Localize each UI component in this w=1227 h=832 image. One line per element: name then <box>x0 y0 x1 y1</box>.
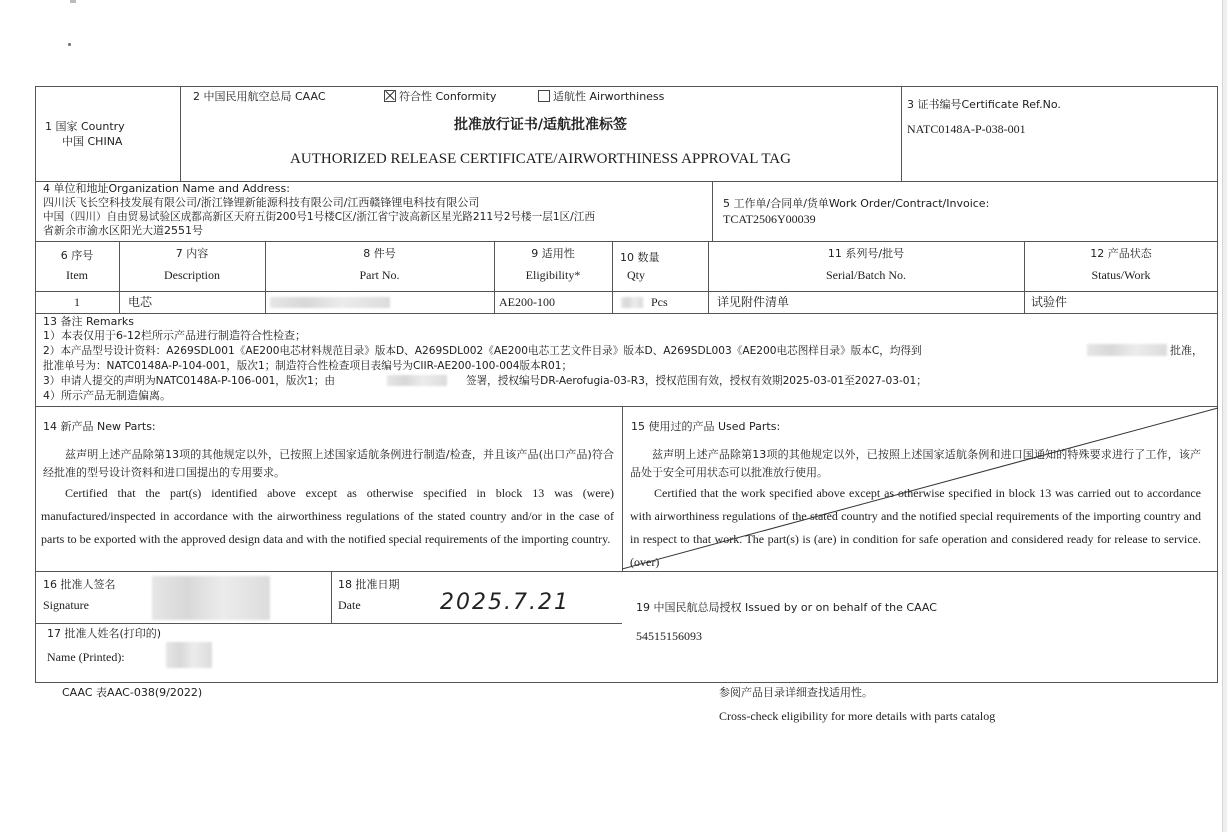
header-qty-en: Qty <box>627 268 645 282</box>
organization-address-line2: 省新余市渝水区阳光大道2551号 <box>43 224 203 238</box>
header-description-en: Description <box>119 268 265 282</box>
authority-label: 2 中国民用航空总局 CAAC <box>193 90 326 104</box>
organization-label: 4 单位和地址Organization Name and Address: <box>43 182 290 196</box>
form-number: CAAC 表AAC-038(9/2022) <box>62 686 202 700</box>
checkbox-checked-icon[interactable] <box>384 90 396 102</box>
signature-label-cn: 16 批准人签名 <box>43 578 116 592</box>
header-item-en: Item <box>35 268 119 282</box>
remark-2-tail: 批准， <box>1170 344 1203 358</box>
header-eligibility-en: Eligibility* <box>494 268 612 282</box>
divider <box>331 571 332 623</box>
scan-dot <box>68 43 71 46</box>
signature-label-en: Signature <box>43 598 89 612</box>
certificate-ref-value: NATC0148A-P-038-001 <box>907 122 1026 136</box>
header-status-cn: 12 产品状态 <box>1024 247 1218 261</box>
signer-redacted <box>387 375 447 386</box>
divider <box>35 313 1218 314</box>
country-label: 1 国家 Country <box>45 120 125 134</box>
country-value: 中国 CHINA <box>62 135 122 149</box>
header-qty-cn: 10 数量 <box>620 251 660 265</box>
issuing-authority-number: 54515156093 <box>636 629 702 643</box>
divider <box>901 86 902 181</box>
cross-out-line <box>622 406 1218 571</box>
header-status-en: Status/Work <box>1024 268 1218 282</box>
item-description: 电芯 <box>128 295 152 309</box>
printed-name-redacted <box>166 642 212 668</box>
divider <box>35 241 1218 242</box>
divider <box>712 181 713 241</box>
remark-3: 3）申请人提交的声明为NATC0148A-P-106-001，版次1；由 <box>43 374 335 388</box>
remark-2: 2）本产品型号设计资料：A269SDL001《AE200电芯材料规范目录》版本D… <box>43 344 922 358</box>
signature-redacted <box>152 576 270 620</box>
conformity-label: 符合性 Conformity <box>399 90 496 103</box>
part-no-redacted <box>270 297 390 308</box>
printed-name-label-cn: 17 批准人姓名(打印的) <box>47 627 161 641</box>
new-parts-statement: 兹声明上述产品除第13项的其他规定以外，已按照上述国家适航条例进行制造/检查，并… <box>43 446 614 551</box>
remark-1: 1）本表仅用于6-12栏所示产品进行制造符合性检查； <box>43 329 306 343</box>
eligibility-note-en: Cross-check eligibility for more details… <box>719 709 995 723</box>
work-order-label: 5 工作单/合同单/货单Work Order/Contract/Invoice: <box>723 197 989 211</box>
issuing-authority-label: 19 中国民航总局授权 Issued by or on behalf of th… <box>636 601 937 615</box>
page-edge <box>1222 0 1227 832</box>
remark-3-tail: 签署，授权编号DR-Aerofugia-03-R3，授权范围有效，授权有效期20… <box>466 374 927 388</box>
remark-4: 4）所示产品无制造偏离。 <box>43 389 171 403</box>
work-order-value: TCAT2506Y00039 <box>723 212 816 226</box>
item-number: 1 <box>35 295 119 309</box>
header-description-cn: 7 内容 <box>119 247 265 261</box>
title-cn: 批准放行证书/适航批准标签 <box>180 118 901 132</box>
title-en: AUTHORIZED RELEASE CERTIFICATE/AIRWORTHI… <box>180 151 901 168</box>
item-eligibility: AE200-100 <box>499 295 555 309</box>
checkbox-empty-icon[interactable] <box>538 90 550 102</box>
header-serial-cn: 11 系列号/批号 <box>708 247 1024 261</box>
remarks-label: 13 备注 Remarks <box>43 315 134 329</box>
remark-2-cont: 批准单号为：NATC0148A-P-104-001，版次1；制造符合性检查项目表… <box>43 359 572 373</box>
date-label-cn: 18 批准日期 <box>338 578 400 592</box>
scan-mark <box>70 0 76 3</box>
divider <box>35 623 622 624</box>
date-label-en: Date <box>338 598 361 612</box>
conformity-option[interactable]: 符合性 Conformity <box>384 90 496 104</box>
new-parts-text-cn: 兹声明上述产品除第13项的其他规定以外，已按照上述国家适航条例进行制造/检查，并… <box>43 446 614 482</box>
approval-date: 2025.7.21 <box>440 590 570 615</box>
item-serial: 详见附件清单 <box>717 295 789 309</box>
airworthiness-option[interactable]: 适航性 Airworthiness <box>538 90 664 104</box>
header-part-no-cn: 8 件号 <box>265 247 494 261</box>
header-eligibility-cn: 9 适用性 <box>494 247 612 261</box>
header-item-cn: 6 序号 <box>35 249 119 263</box>
divider <box>35 291 1218 292</box>
airworthiness-label: 适航性 Airworthiness <box>553 90 664 103</box>
approver-redacted <box>1087 344 1167 356</box>
new-parts-text-en: Certified that the part(s) identified ab… <box>41 482 614 551</box>
header-serial-en: Serial/Batch No. <box>708 268 1024 282</box>
new-parts-label: 14 新产品 New Parts: <box>43 420 156 434</box>
header-part-no-en: Part No. <box>265 268 494 282</box>
item-status: 试验件 <box>1031 295 1067 309</box>
eligibility-note-cn: 参阅产品目录详细查找适用性。 <box>719 686 873 700</box>
certificate-ref-label: 3 证书编号Certificate Ref.No. <box>907 98 1061 112</box>
printed-name-label-en: Name (Printed): <box>47 650 125 664</box>
organization-address-line1: 中国（四川）自由贸易试验区成都高新区天府五街200号1号楼C区/浙江省宁波高新区… <box>43 210 595 224</box>
organization-name: 四川沃飞长空科技发展有限公司/浙江锋锂新能源科技有限公司/江西赣锋锂电科技有限公… <box>43 196 479 210</box>
item-qty-unit: Pcs <box>651 295 668 309</box>
divider <box>612 241 613 313</box>
qty-redacted <box>621 297 643 308</box>
